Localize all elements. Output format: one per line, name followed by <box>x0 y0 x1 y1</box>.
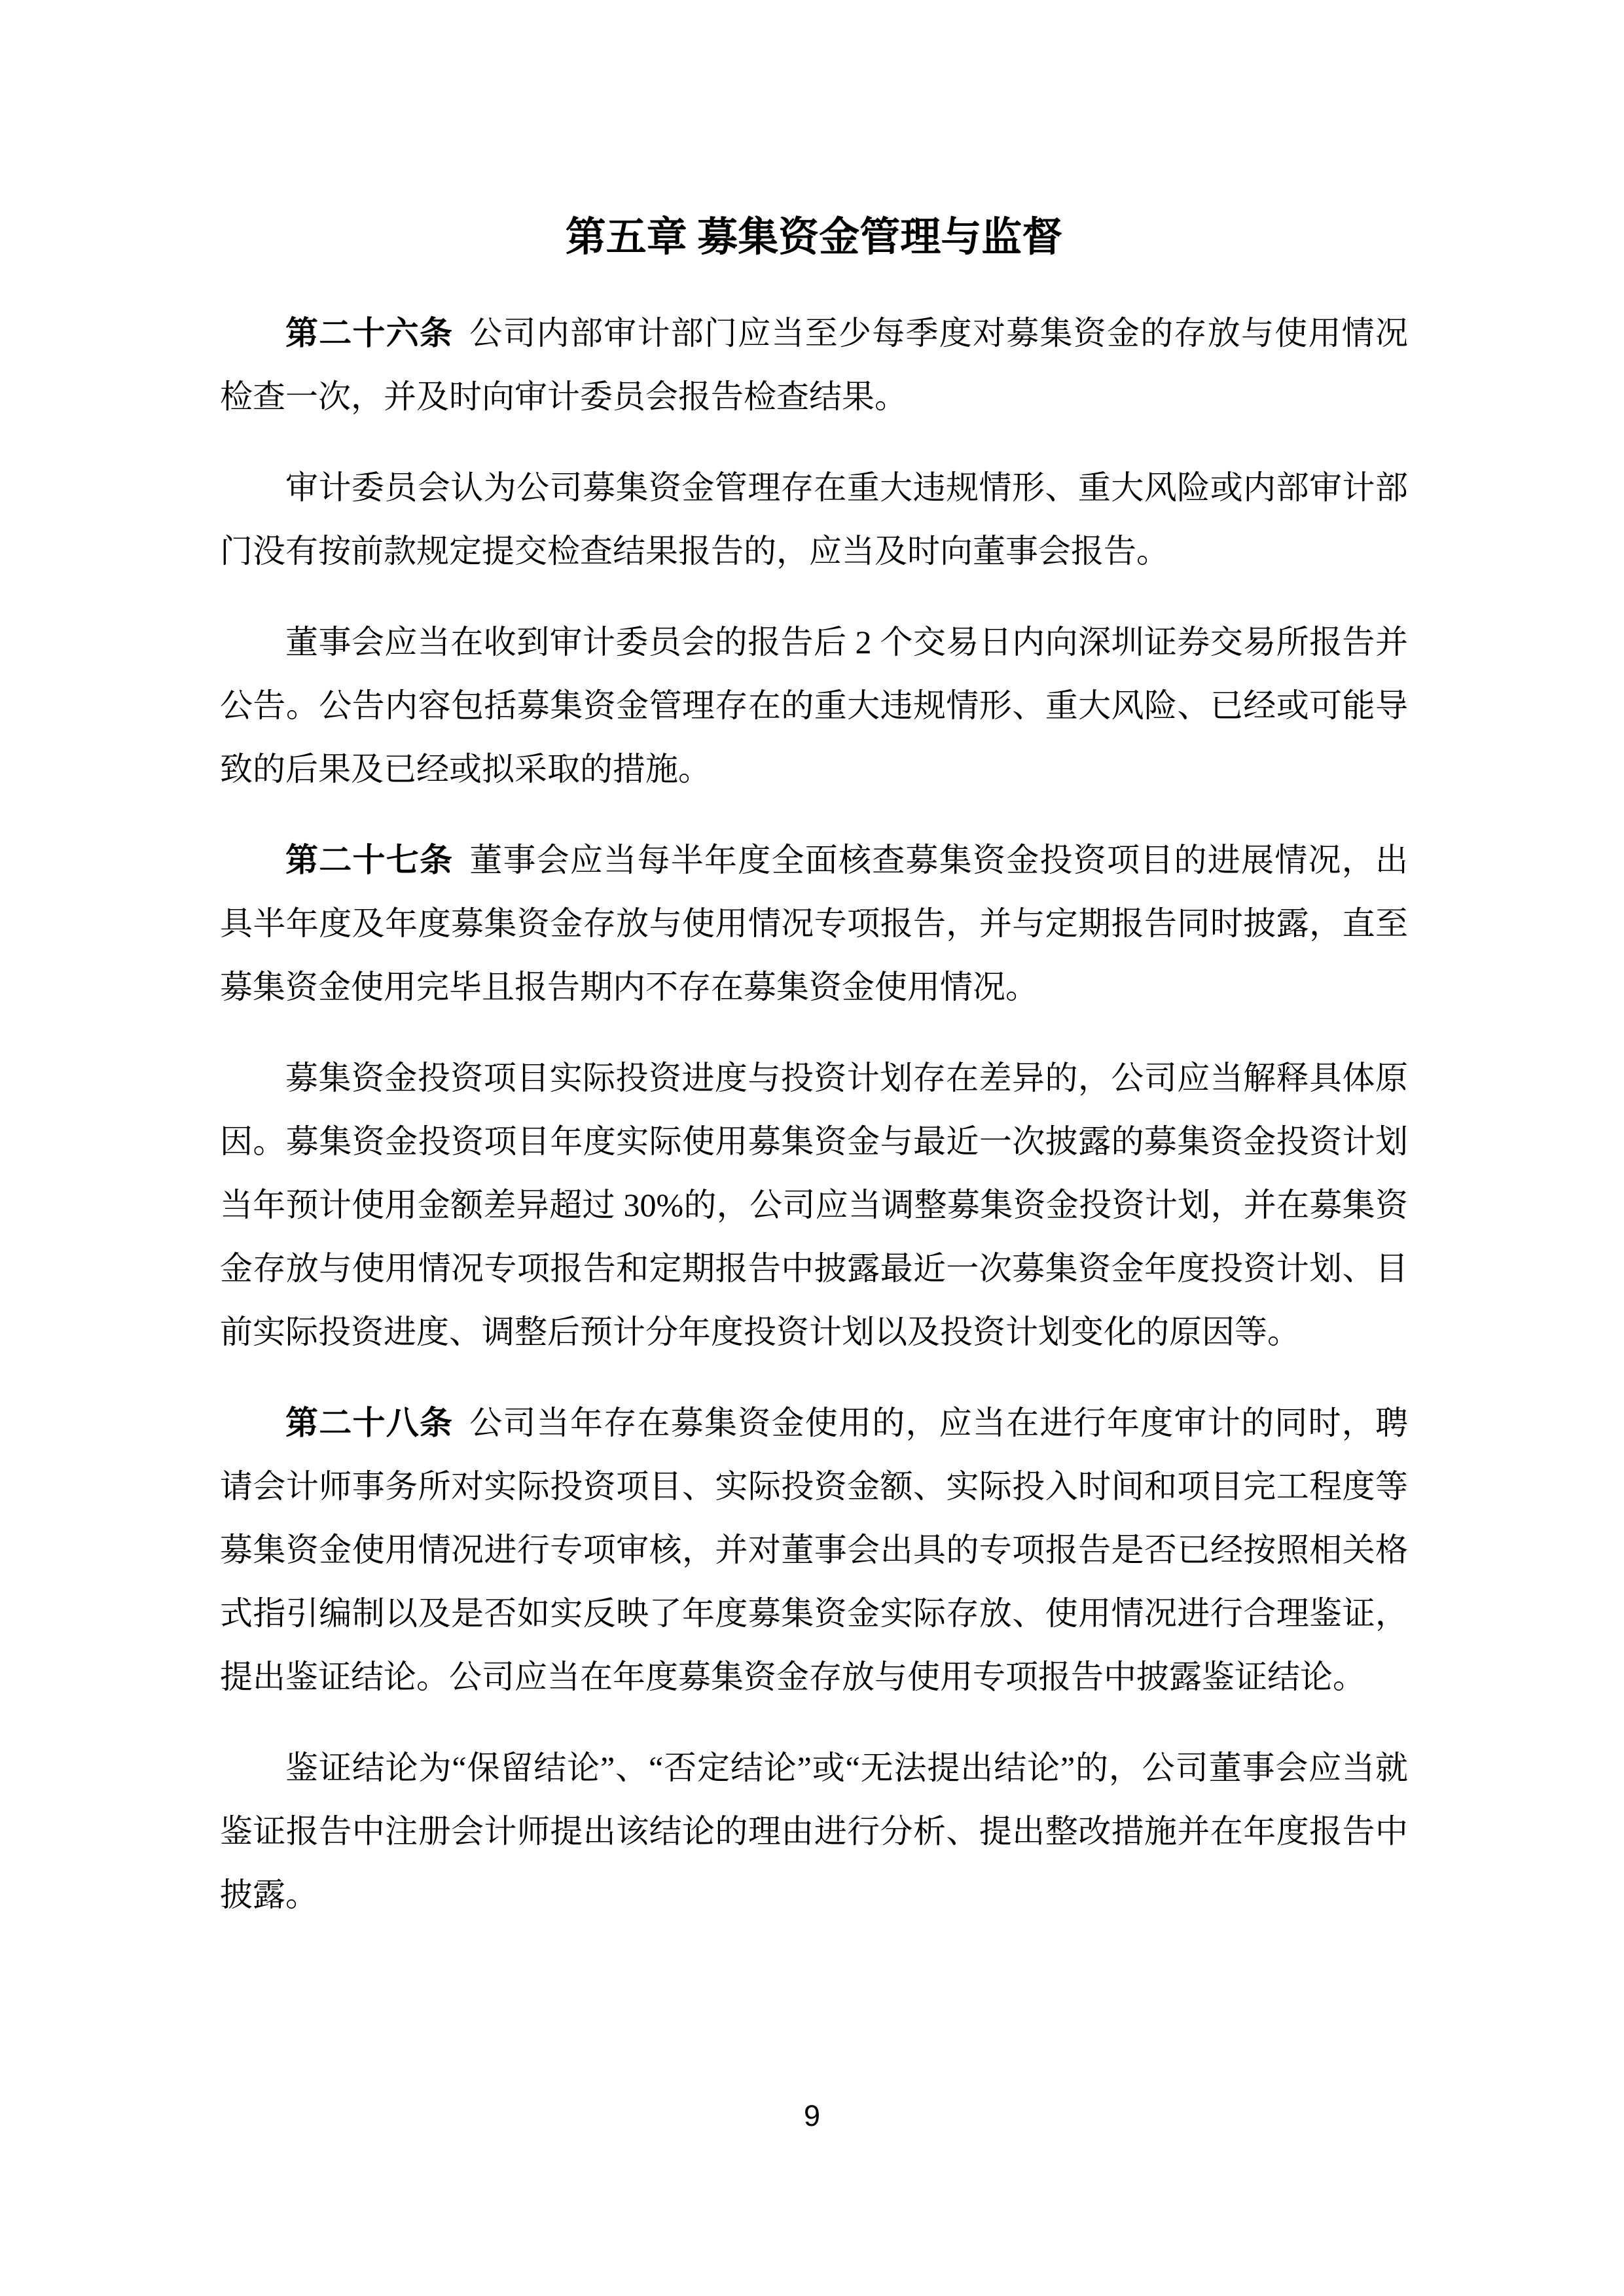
paragraph-text: 公司当年存在募集资金使用的，应当在进行年度审计的同时，聘请会计师事务所对实际投资… <box>220 1405 1408 1695</box>
paragraph-article-28: 第二十八条公司当年存在募集资金使用的，应当在进行年度审计的同时，聘请会计师事务所… <box>220 1391 1408 1709</box>
paragraph-article-27: 第二十七条董事会应当每半年度全面核查募集资金投资项目的进展情况，出具半年度及年度… <box>220 829 1408 1019</box>
paragraph-text: 审计委员会认为公司募集资金管理存在重大违规情形、重大风险或内部审计部门没有按前款… <box>220 469 1408 569</box>
paragraph-text: 鉴证结论为“保留结论”、“否定结论”或“无法提出结论”的，公司董事会应当就鉴证报… <box>220 1749 1408 1913</box>
document-page: 第五章 募集资金管理与监督 第二十六条公司内部审计部门应当至少每季度对募集资金的… <box>0 0 1624 2296</box>
paragraph: 募集资金投资项目实际投资进度与投资计划存在差异的，公司应当解释具体原因。募集资金… <box>220 1047 1408 1364</box>
paragraph: 董事会应当在收到审计委员会的报告后 2 个交易日内向深圳证券交易所报告并公告。公… <box>220 611 1408 801</box>
article-number: 第二十六条 <box>285 315 453 351</box>
chapter-title: 第五章 募集资金管理与监督 <box>220 214 1408 261</box>
page-number: 9 <box>0 2098 1624 2134</box>
article-number: 第二十八条 <box>285 1405 453 1441</box>
document-body: 第二十六条公司内部审计部门应当至少每季度对募集资金的存放与使用情况检查一次，并及… <box>220 302 1408 1927</box>
paragraph-text: 董事会应当在收到审计委员会的报告后 2 个交易日内向深圳证券交易所报告并公告。公… <box>220 624 1408 787</box>
article-number: 第二十七条 <box>285 842 453 878</box>
paragraph-text: 募集资金投资项目实际投资进度与投资计划存在差异的，公司应当解释具体原因。募集资金… <box>220 1060 1408 1350</box>
paragraph: 鉴证结论为“保留结论”、“否定结论”或“无法提出结论”的，公司董事会应当就鉴证报… <box>220 1736 1408 1927</box>
document-content: 第五章 募集资金管理与监督 第二十六条公司内部审计部门应当至少每季度对募集资金的… <box>220 0 1408 1954</box>
paragraph: 审计委员会认为公司募集资金管理存在重大违规情形、重大风险或内部审计部门没有按前款… <box>220 456 1408 583</box>
paragraph-article-26: 第二十六条公司内部审计部门应当至少每季度对募集资金的存放与使用情况检查一次，并及… <box>220 302 1408 429</box>
